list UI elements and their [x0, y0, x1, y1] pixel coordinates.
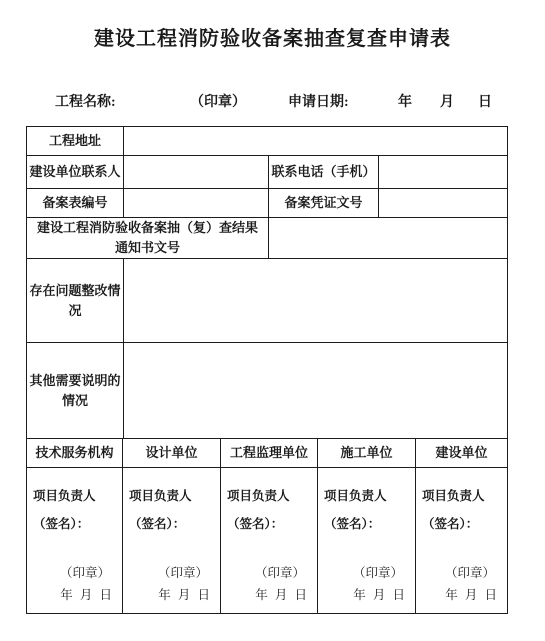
row-unit-signatures: 项目负责人 （签名）： （印章） 年 月 日 项目负责人 （签名）： （印章） … — [27, 468, 508, 614]
row-contact-phone: 建设单位联系人 联系电话（手机） — [27, 156, 508, 189]
sign-label: （签名）： — [422, 515, 478, 534]
contact-phone-value[interactable] — [379, 156, 508, 189]
leader-label: 项目负责人 — [33, 487, 96, 506]
unit-header-technical-service: 技术服务机构 — [27, 439, 123, 468]
contact-person-label: 建设单位联系人 — [27, 156, 124, 189]
day-label: 日 — [478, 91, 492, 111]
apply-date-label: 申请日期: — [288, 91, 349, 111]
other-notes-value[interactable] — [124, 343, 508, 439]
project-name-label: 工程名称: — [55, 91, 116, 111]
unit-header-supervision: 工程监理单位 — [221, 439, 318, 468]
row-unit-headers: 技术服务机构 设计单位 工程监理单位 施工单位 建设单位 — [27, 439, 508, 468]
row-issues: 存在问题整改情况 — [27, 259, 508, 343]
seal-label: （印章） — [190, 91, 246, 111]
unit-header-developer: 建设单位 — [416, 439, 508, 468]
notice-no-label-line2: 通知书文号 — [115, 240, 180, 255]
filing-no-value[interactable] — [124, 189, 269, 218]
issues-label: 存在问题整改情况 — [27, 259, 124, 343]
sign-label: （签名）： — [324, 515, 380, 534]
row-filing-numbers: 备案表编号 备案凭证文号 — [27, 189, 508, 218]
sign-label: （签名）： — [33, 515, 89, 534]
month-label: 月 — [440, 91, 454, 111]
year-label: 年 — [398, 91, 412, 111]
seal-label: （印章） — [353, 564, 403, 583]
row-notice-number: 建设工程消防验收备案抽（复）查结果 通知书文号 — [27, 218, 508, 259]
sign-label: （签名）： — [129, 515, 185, 534]
other-notes-label: 其他需要说明的情况 — [27, 343, 124, 439]
leader-label: 项目负责人 — [129, 487, 192, 506]
seal-label: （印章） — [158, 564, 208, 583]
signature-cell-construction[interactable]: 项目负责人 （签名）： （印章） 年 月 日 — [318, 468, 416, 614]
notice-no-label-line1: 建设工程消防验收备案抽（复）查结果 — [37, 220, 258, 235]
row-project-address: 工程地址 — [27, 127, 508, 156]
date-label: 年 月 日 — [353, 586, 407, 605]
filing-cert-no-label: 备案凭证文号 — [269, 189, 379, 218]
meta-line: 工程名称: （印章） 申请日期: 年 月 日 — [0, 91, 545, 111]
date-label: 年 月 日 — [445, 586, 499, 605]
date-label: 年 月 日 — [158, 586, 212, 605]
signature-cell-supervision[interactable]: 项目负责人 （签名）： （印章） 年 月 日 — [221, 468, 318, 614]
leader-label: 项目负责人 — [227, 487, 290, 506]
signature-cell-design[interactable]: 项目负责人 （签名）： （印章） 年 月 日 — [123, 468, 221, 614]
row-other-notes: 其他需要说明的情况 — [27, 343, 508, 439]
seal-label: （印章） — [445, 564, 495, 583]
unit-header-construction: 施工单位 — [318, 439, 416, 468]
notice-no-label: 建设工程消防验收备案抽（复）查结果 通知书文号 — [27, 218, 269, 259]
page-title: 建设工程消防验收备案抽查复查申请表 — [0, 22, 545, 51]
project-address-value[interactable] — [124, 127, 508, 156]
leader-label: 项目负责人 — [324, 487, 387, 506]
form-table-upper: 工程地址 建设单位联系人 联系电话（手机） 备案表编号 备案凭证文号 建设工程消… — [26, 126, 508, 439]
seal-label: （印章） — [60, 564, 110, 583]
leader-label: 项目负责人 — [422, 487, 485, 506]
contact-phone-label: 联系电话（手机） — [269, 156, 379, 189]
filing-no-label: 备案表编号 — [27, 189, 124, 218]
contact-person-value[interactable] — [124, 156, 269, 189]
project-address-label: 工程地址 — [27, 127, 124, 156]
date-label: 年 月 日 — [60, 586, 114, 605]
unit-header-design: 设计单位 — [123, 439, 221, 468]
seal-label: （印章） — [255, 564, 305, 583]
form-table-units: 技术服务机构 设计单位 工程监理单位 施工单位 建设单位 项目负责人 （签名）：… — [26, 438, 508, 614]
signature-cell-technical-service[interactable]: 项目负责人 （签名）： （印章） 年 月 日 — [27, 468, 123, 614]
issues-value[interactable] — [124, 259, 508, 343]
notice-no-value[interactable] — [269, 218, 508, 259]
filing-cert-no-value[interactable] — [379, 189, 508, 218]
date-label: 年 月 日 — [255, 586, 309, 605]
sign-label: （签名）： — [227, 515, 283, 534]
signature-cell-developer[interactable]: 项目负责人 （签名）： （印章） 年 月 日 — [416, 468, 508, 614]
